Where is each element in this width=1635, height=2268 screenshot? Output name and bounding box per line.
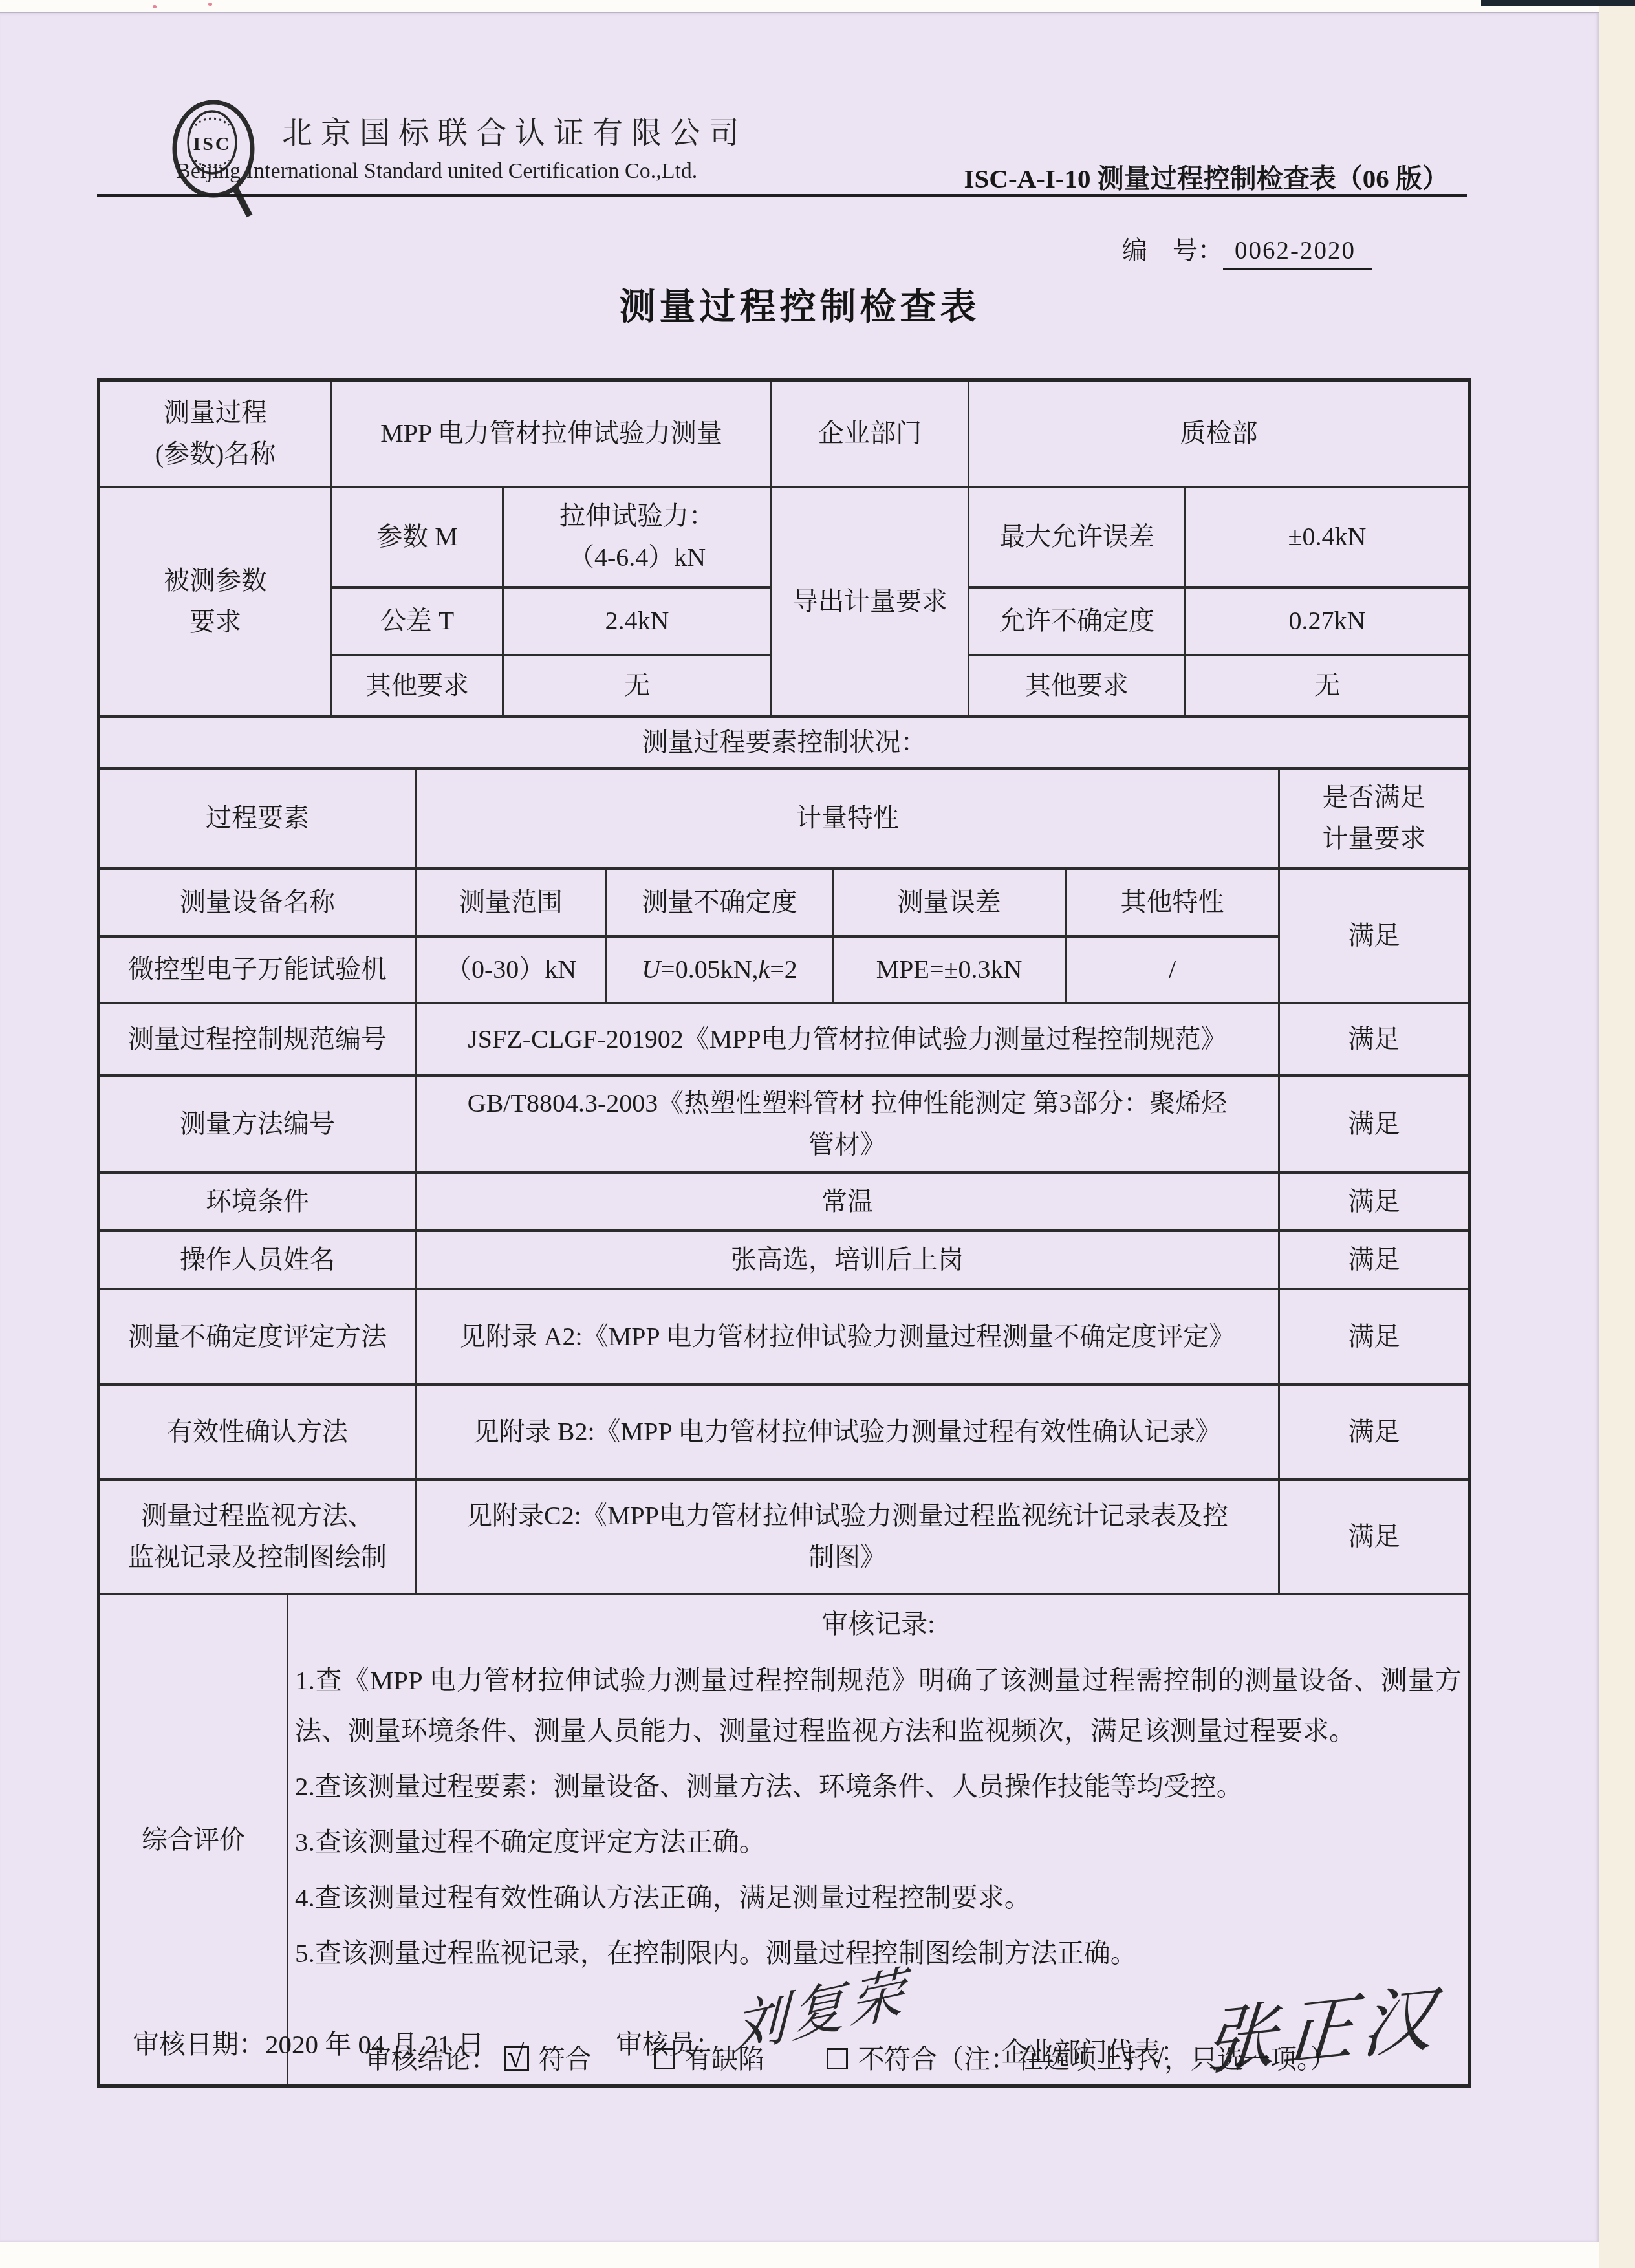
department-value: 质检部 — [969, 380, 1470, 487]
other-req2-label: 其他要求 — [969, 655, 1186, 717]
monitoring-method-value: 见附录C2:《MPP电力管材拉伸试验力测量过程监视统计记录表及控 制图》 — [416, 1480, 1279, 1594]
device-name-header: 测量设备名称 — [99, 869, 416, 936]
other-req2-value: 无 — [1186, 655, 1470, 717]
control-check-table: 测量过程 (参数)名称 MPP 电力管材拉伸试验力测量 企业部门 质检部 被测参… — [97, 378, 1471, 2088]
operator-label: 操作人员姓名 — [99, 1231, 416, 1289]
spec-number-value: JSFZ-CLGF-201902《MPP电力管材拉伸试验力测量过程控制规范》 — [416, 1003, 1279, 1075]
device-name: 微控型电子万能试验机 — [99, 936, 416, 1003]
operator-value: 张高选，培训后上岗 — [416, 1231, 1279, 1289]
device-error: MPE=±0.3kN — [833, 936, 1066, 1003]
spec-number-status: 满足 — [1279, 1003, 1470, 1075]
max-error-value: ±0.4kN — [1186, 487, 1470, 587]
auditor-label: 审核员： — [616, 2023, 722, 2061]
validity-method-status: 满足 — [1279, 1385, 1470, 1480]
serial-number-line: 编 号：0062-2020 — [1122, 230, 1372, 270]
scan-edge-shadow — [1481, 0, 1635, 6]
table-row: 测量设备名称 测量范围 测量不确定度 测量误差 其他特性 满足 — [99, 869, 1470, 936]
device-range: （0-30）kN — [416, 936, 607, 1003]
table-row: 操作人员姓名 张高选，培训后上岗 满足 — [99, 1231, 1470, 1289]
table-row: 测量过程控制规范编号 JSFZ-CLGF-201902《MPP电力管材拉伸试验力… — [99, 1003, 1470, 1075]
table-row: 测量不确定度评定方法 见附录 A2:《MPP 电力管材拉伸试验力测量过程测量不确… — [99, 1289, 1470, 1385]
option-conform: √符合 — [504, 2044, 592, 2074]
allowed-uncertainty-value: 0.27kN — [1186, 587, 1470, 655]
company-name-en: Beijing International Standard united Ce… — [176, 159, 697, 184]
environment-value: 常温 — [416, 1172, 1279, 1231]
table-row: 测量过程 (参数)名称 MPP 电力管材拉伸试验力测量 企业部门 质检部 — [99, 380, 1470, 487]
max-error-label: 最大允许误差 — [969, 487, 1186, 587]
derived-requirement-label: 导出计量要求 — [772, 487, 969, 717]
environment-label: 环境条件 — [99, 1172, 416, 1231]
other-req-label: 其他要求 — [332, 655, 503, 717]
overall-evaluation-label: 综合评价 — [99, 1594, 288, 2086]
audit-record-line: 4.查该测量过程有效性确认方法正确，满足测量过程控制要求。 — [295, 1873, 1462, 1923]
form-title: 测量过程控制检查表 — [0, 278, 1599, 330]
scanner-margin — [1599, 0, 1635, 2268]
range-header: 测量范围 — [416, 869, 607, 936]
audit-record-line: 2.查该测量过程要素：测量设备、测量方法、环境条件、人员操作技能等均受控。 — [295, 1762, 1462, 1812]
uncertainty-method-status: 满足 — [1279, 1289, 1470, 1385]
measured-param-label: 被测参数 要求 — [99, 487, 332, 717]
audit-record-heading: 审核记录: — [295, 1599, 1462, 1650]
method-number-status: 满足 — [1279, 1075, 1470, 1172]
error-header: 测量误差 — [833, 869, 1066, 936]
table-row: 过程要素 计量特性 是否满足 计量要求 — [99, 768, 1470, 869]
method-number-label: 测量方法编号 — [99, 1075, 416, 1172]
characteristic-col-header: 计量特性 — [416, 768, 1279, 869]
table-row: 测量方法编号 GB/T8804.3-2003《热塑性塑料管材 拉伸性能测定 第3… — [99, 1075, 1470, 1172]
section-label: 测量过程要素控制状况： — [99, 717, 1470, 768]
validity-method-label: 有效性确认方法 — [99, 1385, 416, 1480]
uncertainty-header: 测量不确定度 — [607, 869, 833, 936]
device-status: 满足 — [1279, 869, 1470, 1003]
other-header: 其他特性 — [1066, 869, 1279, 936]
process-name-label: 测量过程 (参数)名称 — [99, 380, 332, 487]
monitoring-method-label: 测量过程监视方法、 监视记录及控制图绘制 — [99, 1480, 416, 1594]
check-mark-icon: √ — [507, 2033, 524, 2082]
satisfy-col-header: 是否满足 计量要求 — [1279, 768, 1470, 869]
device-uncertainty: U=0.05kN,k=2 — [607, 936, 833, 1003]
table-row: 微控型电子万能试验机 （0-30）kN U=0.05kN,k=2 MPE=±0.… — [99, 936, 1470, 1003]
table-row: 测量过程要素控制状况： — [99, 717, 1470, 768]
uncertainty-method-value: 见附录 A2:《MPP 电力管材拉伸试验力测量过程测量不确定度评定》 — [416, 1289, 1279, 1385]
audit-record-line: 1.查《MPP 电力管材拉伸试验力测量过程控制规范》明确了该测量过程需控制的测量… — [295, 1656, 1462, 1756]
process-name-value: MPP 电力管材拉伸试验力测量 — [332, 380, 772, 487]
spec-number-label: 测量过程控制规范编号 — [99, 1003, 416, 1075]
uncertainty-method-label: 测量不确定度评定方法 — [99, 1289, 416, 1385]
checkbox-checked-icon: √ — [504, 2046, 529, 2071]
table-row: 环境条件 常温 满足 — [99, 1172, 1470, 1231]
method-number-value: GB/T8804.3-2003《热塑性塑料管材 拉伸性能测定 第3部分：聚烯烃 … — [416, 1075, 1279, 1172]
param-m-label: 参数 M — [332, 487, 503, 587]
department-rep-label: 企业部门代表： — [1001, 2031, 1187, 2069]
scan-speck — [208, 3, 212, 6]
table-row: 有效性确认方法 见附录 B2:《MPP 电力管材拉伸试验力测量过程有效性确认记录… — [99, 1385, 1470, 1480]
table-row: 被测参数 要求 参数 M 拉伸试验力： （4-6.4）kN 导出计量要求 最大允… — [99, 487, 1470, 587]
isc-logo-text: ISC — [193, 133, 231, 155]
scan-speck — [153, 5, 157, 8]
department-label: 企业部门 — [772, 380, 969, 487]
device-other: / — [1066, 936, 1279, 1003]
operator-status: 满足 — [1279, 1231, 1470, 1289]
serial-value: 0062-2020 — [1223, 236, 1372, 270]
monitoring-method-status: 满足 — [1279, 1480, 1470, 1594]
serial-label: 编 号： — [1122, 237, 1223, 265]
factor-col-header: 过程要素 — [99, 768, 416, 869]
audit-record-line: 3.查该测量过程不确定度评定方法正确。 — [295, 1817, 1462, 1868]
allowed-uncertainty-label: 允许不确定度 — [969, 587, 1186, 655]
document-code: ISC-A-I-10 测量过程控制检查表（06 版） — [744, 157, 1449, 195]
checkbox-empty-icon — [827, 2048, 848, 2069]
other-req-value: 无 — [503, 655, 772, 717]
scanned-document-page: ISC 北京国标联合认证有限公司 Beijing International S… — [0, 0, 1635, 2268]
environment-status: 满足 — [1279, 1172, 1470, 1231]
audit-date: 审核日期：2020 年 04 月 21 日 — [133, 2023, 484, 2061]
tolerance-label: 公差 T — [332, 587, 503, 655]
company-name-cn: 北京国标联合认证有限公司 — [282, 109, 748, 152]
table-row: 测量过程监视方法、 监视记录及控制图绘制 见附录C2:《MPP电力管材拉伸试验力… — [99, 1480, 1470, 1594]
param-m-value: 拉伸试验力： （4-6.4）kN — [503, 487, 772, 587]
tolerance-value: 2.4kN — [503, 587, 772, 655]
validity-method-value: 见附录 B2:《MPP 电力管材拉伸试验力测量过程有效性确认记录》 — [416, 1385, 1279, 1480]
